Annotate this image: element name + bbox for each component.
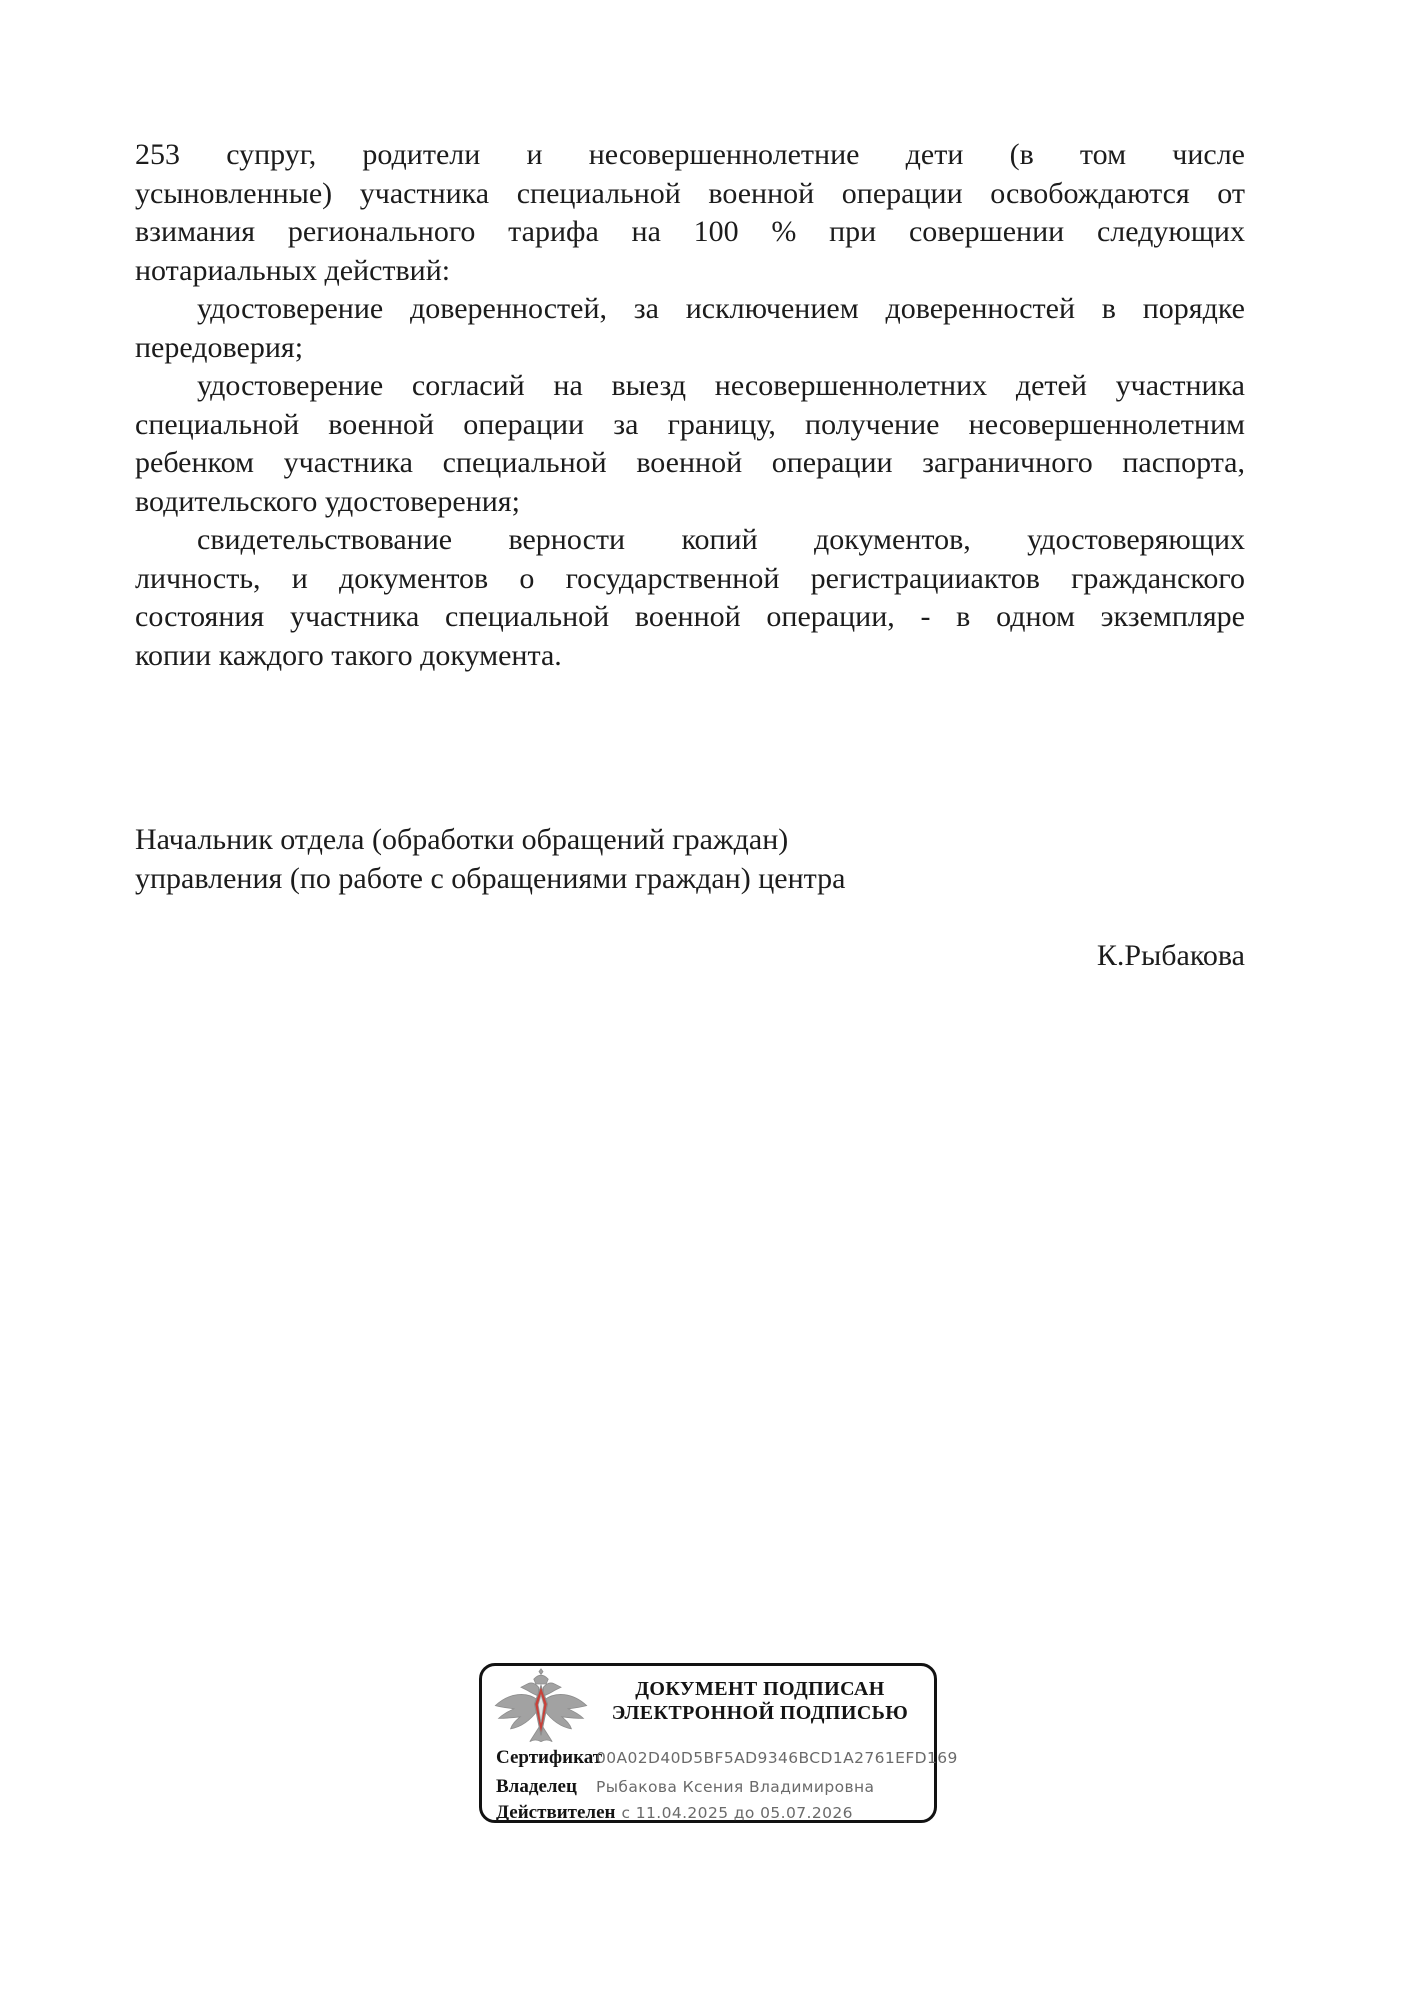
document-body: 253 супруг, родители и несовершеннолетни… [135,136,1245,675]
body-line: водительского удостоверения; [135,483,1245,522]
stamp-owner-row: Владелец Рыбакова Ксения Владимировна [496,1776,924,1798]
stamp-validity-row: Действителен с 11.04.2025 до 05.07.2026 [496,1802,924,1824]
mod-russia-eagle-icon [492,1668,590,1748]
body-line: специальной военной операции за границу,… [135,406,1245,445]
body-line: состояния участника специальной военной … [135,598,1245,637]
stamp-certificate-row: Сертификат 00A02D40D5BF5AD9346BCD1A2761E… [496,1747,924,1769]
stamp-validity-label: Действителен [496,1802,615,1824]
body-line: копии каждого такого документа. [135,637,1245,676]
signoff-line: управления (по работе с обращениями граж… [135,860,1245,899]
signoff-block: Начальник отдела (обработки обращений гр… [135,821,1245,898]
stamp-certificate-label: Сертификат [496,1747,590,1769]
stamp-owner-label: Владелец [496,1776,590,1798]
stamp-certificate-value: 00A02D40D5BF5AD9346BCD1A2761EFD169 [590,1749,958,1767]
signature-name: К.Рыбакова [135,937,1245,976]
signoff-line: Начальник отдела (обработки обращений гр… [135,821,1245,860]
body-line: 253 супруг, родители и несовершеннолетни… [135,136,1245,175]
body-line: передоверия; [135,329,1245,368]
document-page: 253 супруг, родители и несовершеннолетни… [0,0,1415,2000]
body-line: свидетельствование верности копий докуме… [135,521,1245,560]
body-line: взимания регионального тарифа на 100 % п… [135,213,1245,252]
stamp-validity-value: с 11.04.2025 до 05.07.2026 [615,1804,852,1822]
stamp-title-line2: ЭЛЕКТРОННОЙ ПОДПИСЬЮ [594,1701,926,1725]
body-line: ребенком участника специальной военной о… [135,444,1245,483]
electronic-signature-stamp: ДОКУМЕНТ ПОДПИСАН ЭЛЕКТРОННОЙ ПОДПИСЬЮ С… [479,1663,937,1823]
body-line: нотариальных действий: [135,252,1245,291]
body-line: личность, и документов о государственной… [135,560,1245,599]
body-line: усыновленные) участника специальной воен… [135,175,1245,214]
stamp-title: ДОКУМЕНТ ПОДПИСАН ЭЛЕКТРОННОЙ ПОДПИСЬЮ [594,1677,926,1725]
body-line: удостоверение согласий на выезд несоверш… [135,367,1245,406]
body-line: удостоверение доверенностей, за исключен… [135,290,1245,329]
stamp-title-line1: ДОКУМЕНТ ПОДПИСАН [594,1677,926,1701]
stamp-owner-value: Рыбакова Ксения Владимировна [590,1778,874,1796]
